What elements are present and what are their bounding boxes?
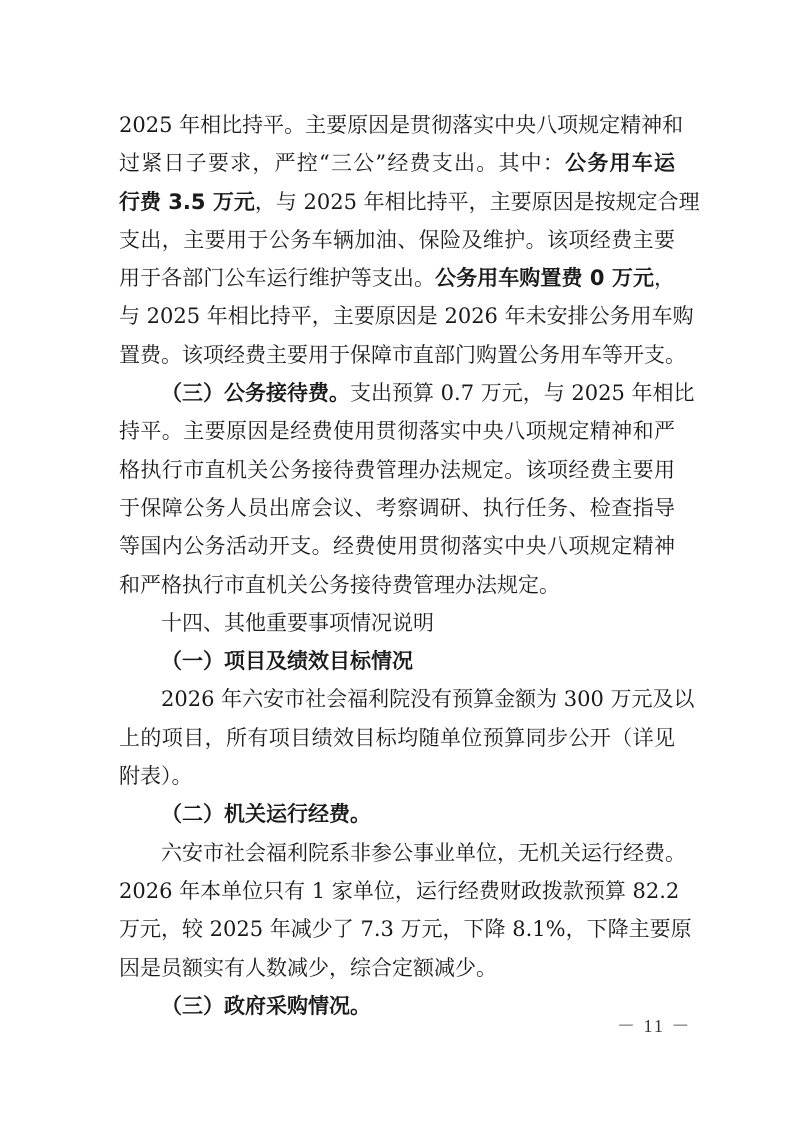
paragraph-reception-fee: （三）公务接待费。支出预算 0.7 万元，与 2025 年相比 持平。主要原因是… [119,374,675,604]
text-line: 过紧日子要求，严控“三公”经费支出。其中：公务用车运 [119,144,675,182]
document-page: 2025 年相比持平。主要原因是贯彻落实中央八项规定精神和 过紧日子要求，严控“… [119,106,675,1025]
text-line: 用于各部门公车运行维护等支出。公务用车购置费 0 万元， [119,259,675,297]
text-line: 支出，主要用于公务车辆加油、保险及维护。该项经费主要 [119,221,675,259]
text-line: 附表）。 [119,757,675,795]
bold-term: 行费 3.5 万元 [119,190,255,214]
page-number: － 11 － [617,1012,691,1038]
subsection-title: （三）政府采购情况。 [119,987,675,1025]
text-line: 万元，较 2025 年减少了 7.3 万元，下降 8.1%，下降主要原 [119,910,675,948]
bold-term: 公务用车购置费 0 万元 [435,266,654,290]
section-title: 十四、其他重要事项情况说明 [119,604,675,642]
text-line: 持平。主要原因是经费使用贯彻落实中央八项规定精神和严 [119,412,675,450]
bold-term: 公务用车运 [565,151,675,175]
text-line: 因是员额实有人数减少，综合定额减少。 [119,949,675,987]
subsection-heading: （三）公务接待费。 [161,381,350,405]
text-line: 2026 年六安市社会福利院没有预算金额为 300 万元及以 [119,680,675,718]
subsection-title: （二）机关运行经费。 [119,795,675,833]
text-line: 置费。该项经费主要用于保障市直部门购置公务用车等开支。 [119,336,675,374]
paragraph-car-costs: 2025 年相比持平。主要原因是贯彻落实中央八项规定精神和 过紧日子要求，严控“… [119,106,675,374]
text-line: 上的项目，所有项目绩效目标均随单位预算同步公开（详见 [119,719,675,757]
text-line: 2026 年本单位只有 1 家单位，运行经费财政拨款预算 82.2 [119,872,675,910]
text-line: 六安市社会福利院系非参公事业单位，无机关运行经费。 [119,834,675,872]
text-line: （三）公务接待费。支出预算 0.7 万元，与 2025 年相比 [119,374,675,412]
text-line: 格执行市直机关公务接待费管理办法规定。该项经费主要用 [119,451,675,489]
text-line: 行费 3.5 万元，与 2025 年相比持平，主要原因是按规定合理 [119,183,675,221]
text-line: 与 2025 年相比持平，主要原因是 2026 年未安排公务用车购 [119,297,675,335]
text-line: 2025 年相比持平。主要原因是贯彻落实中央八项规定精神和 [119,106,675,144]
section-14: 十四、其他重要事项情况说明 （一）项目及绩效目标情况 2026 年六安市社会福利… [119,604,675,1025]
subsection-title: （一）项目及绩效目标情况 [119,642,675,680]
text-line: 和严格执行市直机关公务接待费管理办法规定。 [119,566,675,604]
text-line: 于保障公务人员出席会议、考察调研、执行任务、检查指导 [119,489,675,527]
text-line: 等国内公务活动开支。经费使用贯彻落实中央八项规定精神 [119,527,675,565]
